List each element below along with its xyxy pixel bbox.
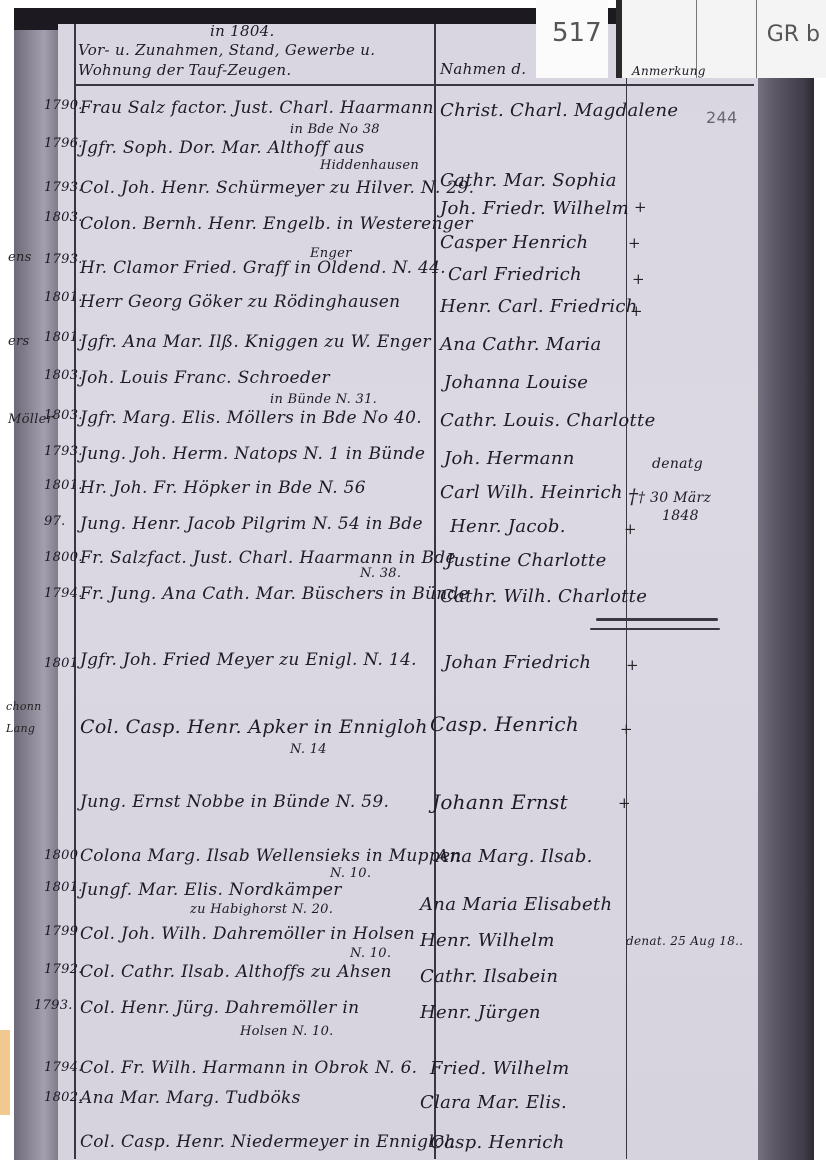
row-godparent: Col. Casp. Henr. Niedermeyer in Ennigloh <box>80 1132 456 1152</box>
row-godparent: Colon. Bernh. Henr. Engelb. in Westereng… <box>80 214 473 234</box>
row-child: Cathr. Louis. Charlotte <box>440 410 656 431</box>
remark-denatus: denatg <box>652 456 703 472</box>
remark-denatus-2: denat. 25 Aug 18.. <box>626 934 743 948</box>
row-child: Casp. Henrich <box>430 712 579 736</box>
page-number: 244 <box>706 108 737 127</box>
row-godparent: Jungf. Mar. Elis. Nordkämper <box>80 880 342 900</box>
row-child: Justine Charlotte <box>446 550 607 571</box>
row-godparent: Jgfr. Joh. Fried Meyer zu Enigl. N. 14. <box>80 650 417 670</box>
row-godparent: Col. Henr. Jürg. Dahremöller in <box>80 998 359 1018</box>
row-date: 1801 <box>44 656 78 671</box>
row-child: Ana Maria Elisabeth <box>420 894 612 915</box>
row-mark: + <box>632 270 645 288</box>
row-date: 1794. <box>44 1060 83 1075</box>
row-mark: + <box>630 302 643 320</box>
margin-fragment: ers <box>8 334 29 349</box>
column-header-remarks: Anmerkung <box>632 64 706 78</box>
row-child: Joh. Hermann <box>444 448 575 469</box>
remark-death-date: † 30 März <box>638 490 711 506</box>
row-godparent: Col. Cathr. Ilsab. Althoffs zu Ahsen <box>80 962 392 982</box>
row-child: Carl Friedrich <box>448 264 582 285</box>
row-date: 1803. <box>44 210 83 225</box>
row-date: 1801. <box>44 880 83 895</box>
row-child: Fried. Wilhelm <box>430 1058 569 1079</box>
series-label: GR b <box>767 22 820 47</box>
row-godparent: Frau Salz factor. Just. Charl. Haarmann <box>80 98 434 118</box>
row-godparent: Jgfr. Marg. Elis. Möllers in Bde No 40. <box>80 408 422 428</box>
row-date: 97. <box>44 514 66 529</box>
row-date: 1793. <box>44 444 83 459</box>
row-godparent: Fr. Salzfact. Just. Charl. Haarmann in B… <box>80 548 456 568</box>
row-date: 1794. <box>44 586 83 601</box>
row-date: 1793. <box>44 252 83 267</box>
column-header-child: Nahmen d. <box>440 60 526 78</box>
row-date: 1800 <box>44 848 78 863</box>
row-godparent: Col. Casp. Henr. Apker in Ennigloh <box>80 716 428 738</box>
row-mark: + <box>624 520 637 538</box>
row-godparent: Jgfr. Soph. Dor. Mar. Althoff aus <box>80 138 365 158</box>
margin-fragment: Lang <box>6 722 35 735</box>
row-date: 1800. <box>44 550 83 565</box>
column-header-godparents: Vor- u. Zunahmen, Stand, Gewerbe u. Wohn… <box>78 40 428 80</box>
row-child: Johanna Louise <box>444 372 588 393</box>
row-mark: + <box>628 234 641 252</box>
rule-remarks-column <box>626 60 627 1159</box>
row-godparent: Col. Joh. Wilh. Dahremöller in Holsen <box>80 924 415 944</box>
row-godparent: Col. Joh. Henr. Schürmeyer zu Hilver. N.… <box>80 178 474 198</box>
row-child: Henr. Carl. Friedrich <box>440 296 638 317</box>
row-godparent-line2: Hiddenhausen <box>320 158 419 173</box>
row-godparent: Ana Mar. Marg. Tudböks <box>80 1088 301 1108</box>
strike-line <box>596 618 718 621</box>
row-child: Casper Henrich <box>440 232 588 253</box>
row-child: Cathr. Wilh. Charlotte <box>440 586 647 607</box>
row-child: Clara Mar. Elis. <box>420 1092 567 1113</box>
row-child: Cathr. Ilsabein <box>420 966 558 987</box>
thumb-edge <box>0 1030 10 1115</box>
row-date: 1801. <box>44 290 83 305</box>
row-date: 1793. <box>44 180 83 195</box>
row-godparent-line2: N. 10. <box>350 946 391 961</box>
margin-fragment: ens <box>8 250 32 265</box>
row-godparent: Col. Fr. Wilh. Harmann in Obrok N. 6. <box>80 1058 417 1078</box>
archive-number-sticker: 517 <box>536 0 608 78</box>
row-child: Johan Friedrich <box>444 652 591 673</box>
row-date: 1793. <box>34 998 73 1013</box>
row-godparent-line2: Holsen N. 10. <box>240 1024 334 1039</box>
row-date: 1801. <box>44 330 83 345</box>
row-mark: + <box>634 198 647 216</box>
row-godparent: Jung. Henr. Jacob Pilgrim N. 54 in Bde <box>80 514 423 534</box>
row-date: 1790. <box>44 98 83 113</box>
header-rule <box>74 84 754 86</box>
row-date: 1796. <box>44 136 83 151</box>
row-mark: + <box>620 720 633 738</box>
row-godparent-line2: zu Habighorst N. 20. <box>190 902 333 917</box>
margin-fragment: Möller <box>8 412 53 427</box>
row-child: Ana Cathr. Maria <box>440 334 602 355</box>
row-godparent-line2: in Bünde N. 31. <box>270 392 377 407</box>
row-godparent-line2: N. 10. <box>330 866 371 881</box>
remark-death-year: 1848 <box>662 508 699 524</box>
row-godparent: Herr Georg Göker zu Rödinghausen <box>80 292 400 312</box>
year-note: in 1804. <box>210 22 275 40</box>
row-godparent: Joh. Louis Franc. Schroeder <box>80 368 330 388</box>
archive-number: 517 <box>552 18 602 48</box>
row-child: Henr. Jürgen <box>420 1002 541 1023</box>
row-child: Ana Marg. Ilsab. <box>436 846 593 867</box>
row-child: Johann Ernst <box>432 790 568 814</box>
row-date: 1792. <box>44 962 83 977</box>
row-godparent-line2: N. 14 <box>290 742 327 757</box>
row-date: 1803. <box>44 368 83 383</box>
row-child: Henr. Wilhelm <box>420 930 555 951</box>
row-child: Henr. Jacob. <box>450 516 566 537</box>
row-godparent: Hr. Joh. Fr. Höpker in Bde N. 56 <box>80 478 366 498</box>
row-godparent: Jgfr. Ana Mar. Ilß. Kniggen zu W. Enger <box>80 332 431 352</box>
row-godparent: Fr. Jung. Ana Cath. Mar. Büschers in Bün… <box>80 584 469 604</box>
strike-line <box>590 628 720 630</box>
row-mark: + <box>626 656 639 674</box>
row-date: 1801. <box>44 478 83 493</box>
row-godparent: Colona Marg. Ilsab Wellensieks in Muppen <box>80 846 462 866</box>
row-date: 1799 <box>44 924 78 939</box>
row-child: Casp. Henrich <box>430 1132 565 1153</box>
row-mark: † <box>628 484 638 508</box>
row-date: 1802. <box>44 1090 83 1105</box>
row-godparent-line2: in Bde No 38 <box>290 122 380 137</box>
row-mark: + <box>618 794 631 812</box>
row-godparent-line2: N. 38. <box>360 566 401 581</box>
row-godparent: Hr. Clamor Fried. Graff in Oldend. N. 44… <box>80 258 446 278</box>
margin-fragment: chonn <box>6 700 42 713</box>
row-child: Carl Wilh. Heinrich <box>440 482 623 503</box>
row-godparent: Jung. Ernst Nobbe in Bünde N. 59. <box>80 792 389 812</box>
row-child: Christ. Charl. Magdalene <box>440 100 678 121</box>
row-godparent: Jung. Joh. Herm. Natops N. 1 in Bünde <box>80 444 425 464</box>
